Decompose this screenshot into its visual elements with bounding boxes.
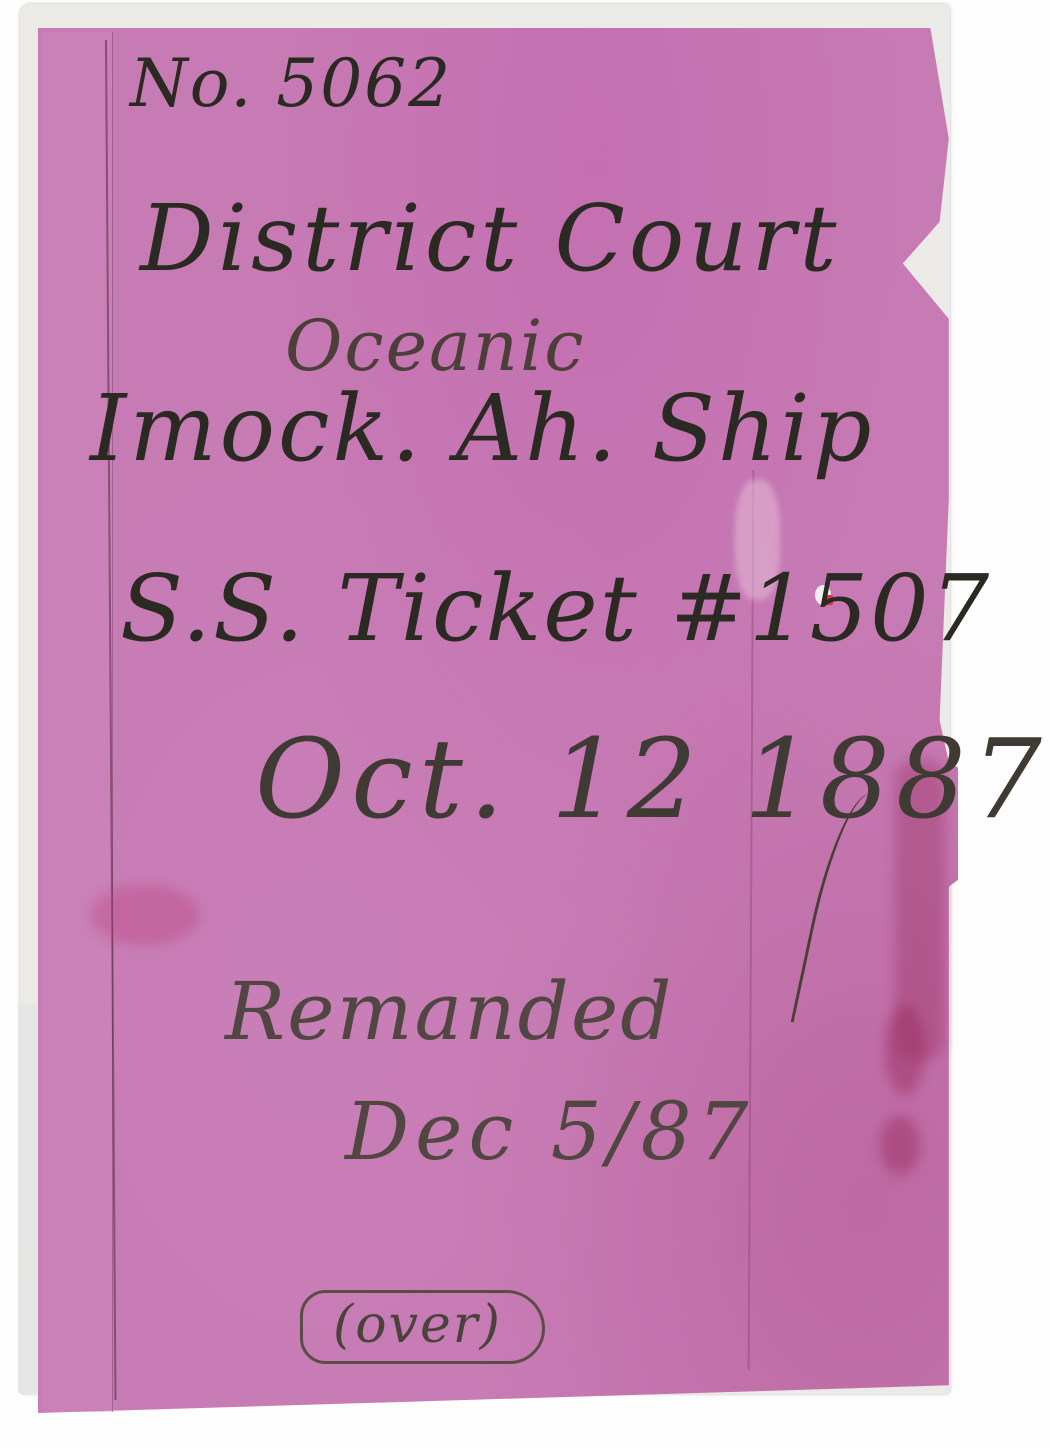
remanded-label: Remanded bbox=[225, 965, 673, 1058]
court-name: District Court bbox=[140, 185, 841, 292]
edge-stain bbox=[885, 1005, 925, 1095]
filing-date: Oct. 12 1887 bbox=[255, 715, 1048, 843]
ticket-reference: S.S. Ticket #1507 bbox=[120, 555, 991, 662]
edge-stain bbox=[880, 1115, 920, 1175]
paper-folded-edge bbox=[42, 32, 113, 1412]
ink-stain bbox=[90, 885, 200, 945]
case-title: Imock. Ah. Ship bbox=[90, 375, 875, 482]
over-note: (over) bbox=[300, 1290, 545, 1364]
remanded-date: Dec 5/87 bbox=[345, 1085, 754, 1178]
docket-number: No. 5062 bbox=[130, 45, 452, 122]
scanned-document: No. 5062 District Court Oceanic Imock. A… bbox=[0, 0, 1050, 1448]
